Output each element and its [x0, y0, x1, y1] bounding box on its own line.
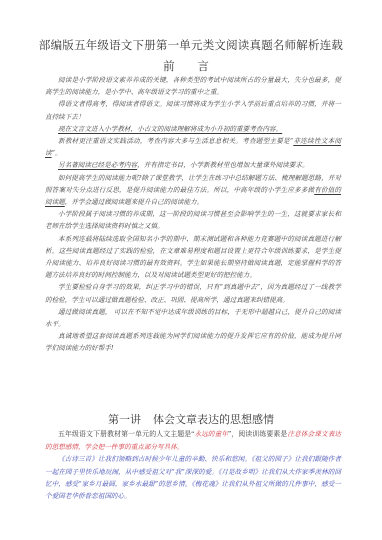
- preface-heading: 前 言: [0, 58, 382, 74]
- preface-paragraph: 如何提高学生的阅读能力呢?除了课堂教学，让学生在练习中总结解题方法、梳理解题思路…: [45, 172, 341, 209]
- paragraph-text: ”。: [52, 149, 62, 157]
- unit-theme: 永远的童年: [194, 430, 228, 438]
- preface-paragraph: 另名著阅读已经是必考内容，并有指定书目，小学新教材里也增加大量课外阅读要求。: [45, 159, 341, 171]
- lecture-intro: 五年级语文下册教材第一单元的人文主题是“永远的童年”，阅读训练要素是注意体会课文…: [45, 428, 341, 453]
- underlined-text: 另名著阅读已经是必考内容: [58, 161, 137, 169]
- paragraph-text: ，并有指定书目，小学新教材里也增加大量课外阅读要求。: [137, 161, 308, 169]
- preface-paragraph: 小学阶段属于阅读习惯的养成期，这一阶段的阅读习惯甚至会影响学生的一生，这就要求家…: [45, 208, 341, 232]
- paragraph-text: 新教材更注重语文实践活动，考查内容大多与生活息息相关。考查题型主要是“: [58, 137, 293, 145]
- lecture-summary: 《古诗三首》让我们领略到古时候少年儿童的辛勤、快乐和悠闲。《祖父的园子》让我们跟…: [45, 453, 341, 502]
- paragraph-text: 五年级语文下册教材第一单元的人文主题是“: [58, 431, 194, 438]
- lecture-number: 第一讲: [108, 414, 141, 426]
- paragraph-text: ，并学会通过做阅读题来提升自己的阅读能力。: [65, 198, 203, 206]
- paragraph-text: 如何提高学生的阅读能力呢?除了课堂教学，让学生在练习中总结解题方法、梳理解题思路…: [45, 174, 341, 194]
- preface-paragraph: 阅读是小学阶段语文素养养成的关键，各种类型的考试中阅读所占的分量最大，失分也最多…: [45, 74, 341, 98]
- lecture-title: 体会文章表达的思想感情: [153, 414, 274, 426]
- preface-paragraph: 得语文者得高考，得阅读者得语文。阅读习惯将成为学生小学入学前后重点培养的习惯，并…: [45, 98, 341, 122]
- preface-paragraph: 现在文言文进入小学教材，小古文的阅读理解将成为小升初的重要考查内容。: [45, 123, 341, 135]
- lecture-body: 五年级语文下册教材第一单元的人文主题是“永远的童年”，阅读训练要素是注意体会课文…: [45, 428, 341, 502]
- preface-paragraph: 通过做阅读真题， 可以在不知不觉中达成年级训练的目标，于无形中超越自己，提升自己…: [45, 306, 341, 330]
- preface-paragraph: 新教材更注重语文实践活动，考查内容大多与生活息息相关。考查题型主要是“非连续性文…: [45, 135, 341, 159]
- paragraph-text: ”，阅读训练要素是: [228, 431, 287, 438]
- document-title: 部编版五年级语文下册第一单元类文阅读真题名师解析连载: [0, 37, 382, 53]
- preface-paragraph: 本系列连载将陆续选取全国知名小学的期中、期末测试题和各种能力竞赛题中的阅读真题进…: [45, 233, 341, 282]
- document-page: 部编版五年级语文下册第一单元类文阅读真题名师解析连载 前 言 阅读是小学阶段语文…: [0, 0, 382, 540]
- underlined-text: 现在文言文进入小学教材，小古文的阅读理解将成为小升初的重要考查内容。: [58, 125, 282, 133]
- preface-paragraph: 学生要检验自身学习的效果，纠正学习中的错误，只有“到真题中去”，因为真题经过了一…: [45, 281, 341, 305]
- preface-paragraph: 真诚地希望这套阅读真题系列连载能为同学们阅读能力的提升发挥它应有的价值，能成为提…: [45, 330, 341, 354]
- preface-body: 阅读是小学阶段语文素养养成的关键，各种类型的考试中阅读所占的分量最大，失分也最多…: [45, 74, 341, 355]
- lecture-heading: 第一讲体会文章表达的思想感情: [0, 411, 382, 427]
